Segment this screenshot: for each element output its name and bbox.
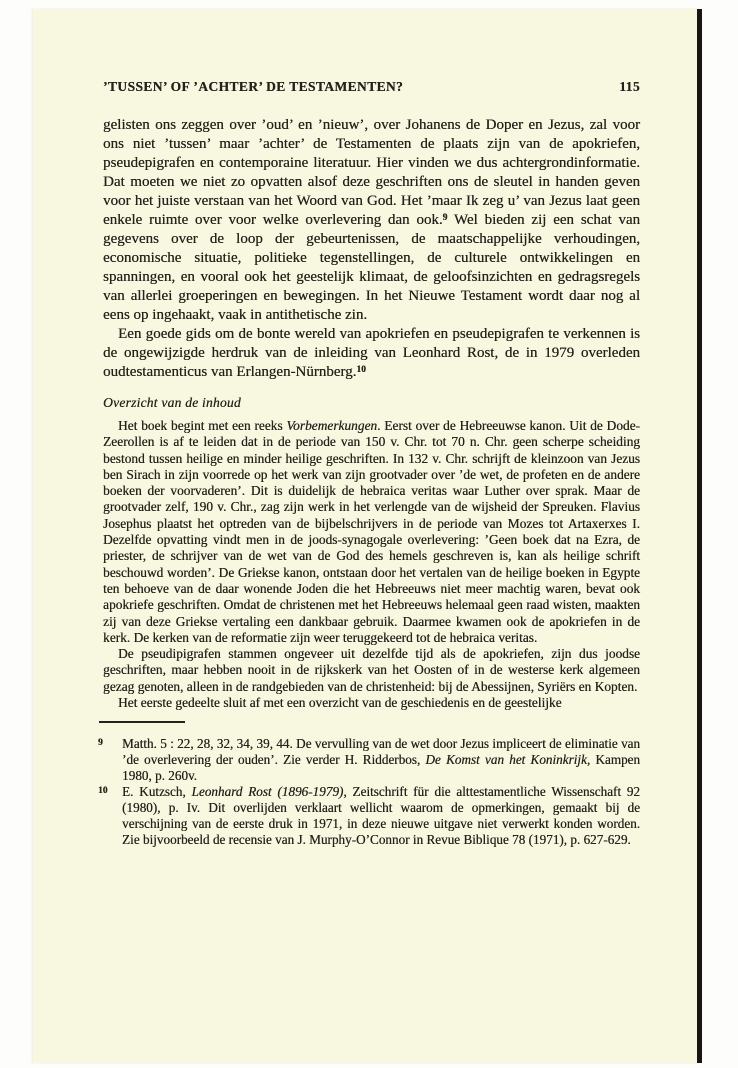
cited-work-title: Leonhard Rost (1896-1979)	[192, 784, 344, 799]
running-head: ’TUSSEN’ OF ’ACHTER’ DE TESTAMENTEN? 115	[103, 78, 640, 95]
scanned-book-page: ’TUSSEN’ OF ’ACHTER’ DE TESTAMENTEN? 115…	[33, 9, 702, 1063]
paragraph-overview-2: De pseudipigrafen stammen ongeveer uit d…	[103, 646, 640, 695]
paragraph-intro-2: Een goede gids om de bonte wereld van ap…	[103, 325, 640, 382]
paragraph-text: Wel bieden zij een schat van gegevens ov…	[103, 212, 640, 323]
section-heading: Overzicht van de inhoud	[103, 395, 640, 411]
footnote-number-10: 10	[98, 786, 108, 796]
paragraph-text: Een goede gids om de bonte wereld van ap…	[103, 326, 640, 380]
footnote-text: E. Kutzsch,	[122, 784, 192, 799]
italic-term: Vorbemerkungen	[286, 418, 377, 433]
footnotes: 9Matth. 5 : 22, 28, 32, 34, 39, 44. De v…	[103, 736, 640, 848]
cited-work-title: De Komst van het Koninkrijk	[425, 752, 586, 767]
footnote-9: 9Matth. 5 : 22, 28, 32, 34, 39, 44. De v…	[103, 736, 640, 784]
paragraph-overview-3: Het eerste gedeelte sluit af met een ove…	[103, 695, 640, 711]
footnote-number-9: 9	[98, 738, 103, 748]
body-text: gelisten ons zeggen over ’oud’ en ’nieuw…	[103, 116, 640, 711]
footnote-ref-10: 10	[356, 365, 366, 375]
footnote-separator	[99, 721, 185, 723]
paragraph-text: Het boek begint met een reeks	[118, 418, 286, 433]
paragraph-intro-1: gelisten ons zeggen over ’oud’ en ’nieuw…	[103, 116, 640, 325]
paragraph-text: . Eerst over de Hebreeuwse kanon. Uit de…	[103, 418, 640, 645]
page-number: 115	[619, 78, 640, 95]
running-title: ’TUSSEN’ OF ’ACHTER’ DE TESTAMENTEN?	[103, 78, 403, 95]
paragraph-overview-1: Het boek begint met een reeks Vorbemerku…	[103, 418, 640, 646]
page-content: ’TUSSEN’ OF ’ACHTER’ DE TESTAMENTEN? 115…	[103, 9, 640, 848]
footnote-10: 10E. Kutzsch, Leonhard Rost (1896-1979),…	[103, 784, 640, 848]
